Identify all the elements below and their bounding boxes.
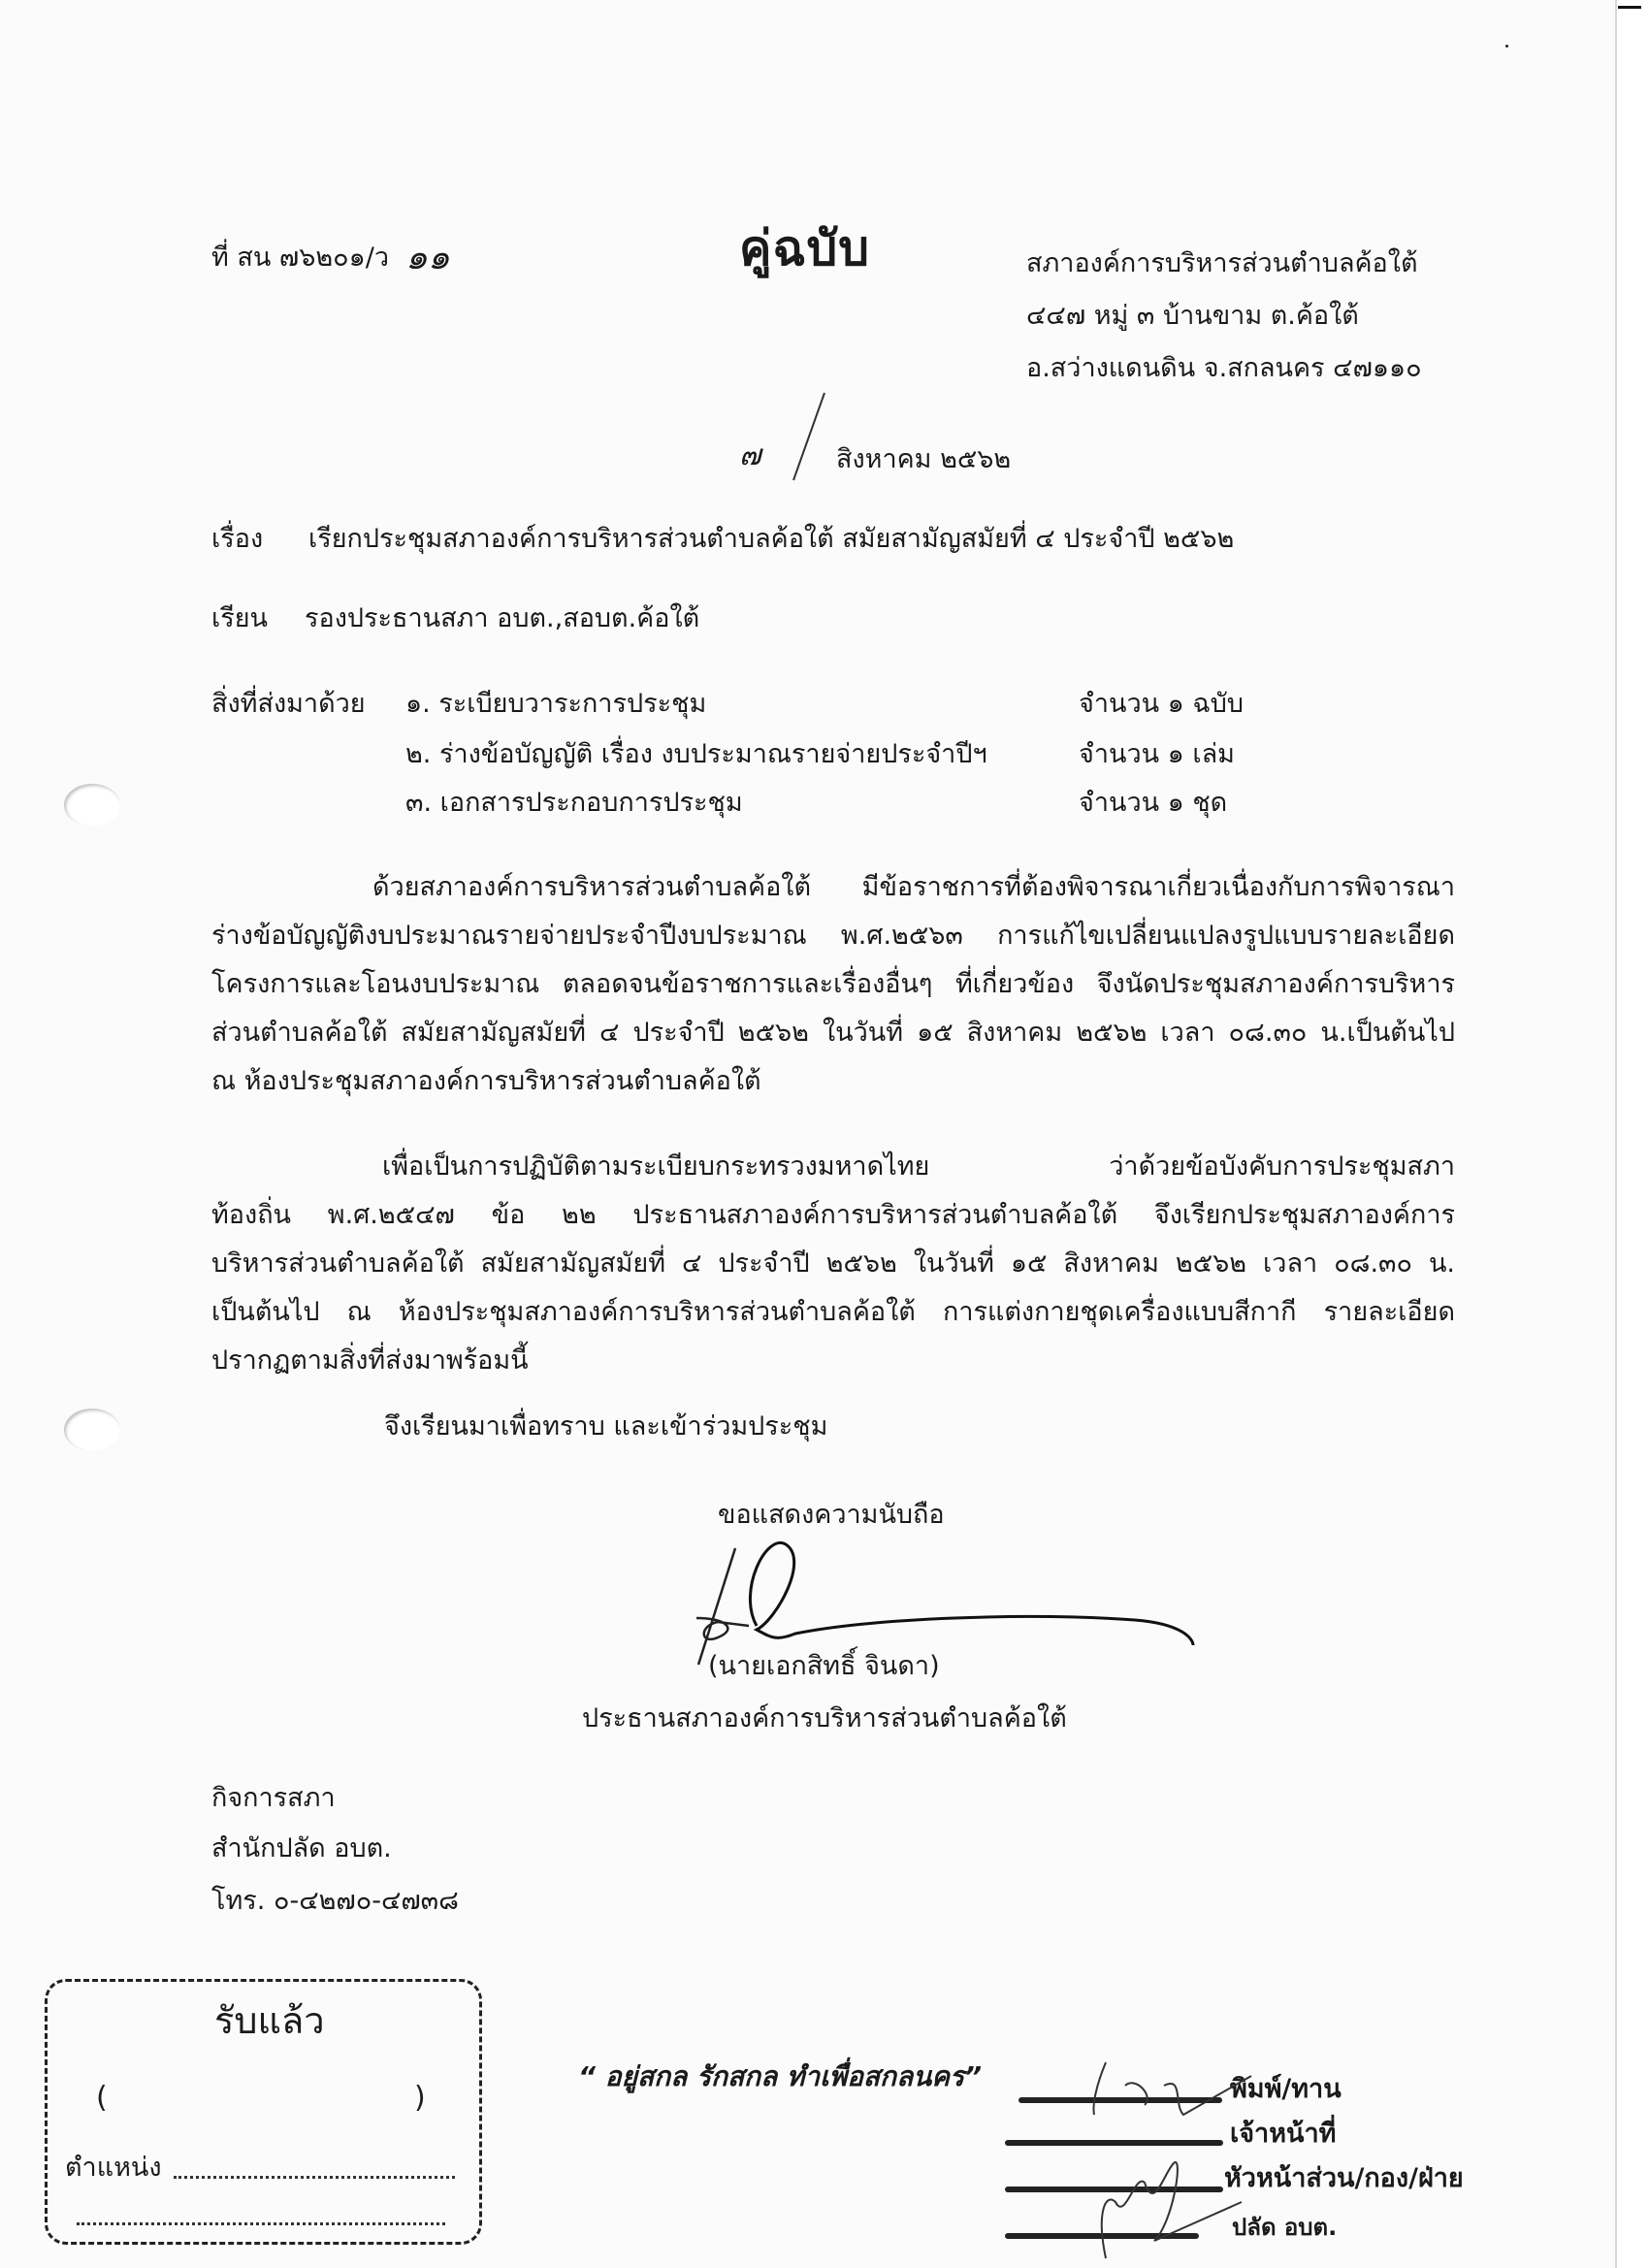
body-paragraph-1: ด้วยสภาองค์การบริหารส่วนตำบลค้อใต้ มีข้อ… [211,863,1455,1106]
paragraph-1-line: ณ ห้องประชุมสภาองค์การบริหารส่วนตำบลค้อใ… [211,1057,1455,1106]
enclosure-item-1: ๑. ระเบียบวาระการประชุม [405,689,706,720]
reference-number-handwritten: ๑๑ [405,237,450,278]
received-stamp-title: รับแล้ว [214,1999,325,2044]
received-stamp-position-label: ตำแหน่ง [65,2153,162,2184]
subject-text: เรียกประชุมสภาองค์การบริหารส่วนตำบลค้อใต… [308,524,1234,555]
reference-number: ที่ สน ๗๖๒๐๑/ว [211,243,389,274]
paragraph-2-line: เพื่อเป็นการปฏิบัติตามระเบียบกระทรวงมหาด… [211,1143,1455,1191]
paragraph-1-line: โครงการและโอนงบประมาณ ตลอดจนข้อราชการและ… [211,960,1455,1009]
initials-signature [1067,2057,1280,2260]
contact-phone: โทร. ๐-๔๒๗๐-๔๗๓๘ [211,1886,459,1917]
received-stamp: รับแล้ว ( ) ตำแหน่ง [45,1979,482,2245]
punch-hole-bottom [64,1409,120,1451]
date-month-year: สิงหาคม ๒๕๖๒ [836,444,1011,475]
enclosure-item-1-quantity: จำนวน ๑ ฉบับ [1079,689,1244,720]
sender-address-line-2: ๔๔๗ หมู่ ๓ บ้านขาม ต.ค้อใต้ [1026,301,1359,332]
body-paragraph-2: เพื่อเป็นการปฏิบัติตามระเบียบกระทรวงมหาด… [211,1143,1455,1385]
salutation: ขอแสดงความนับถือ [718,1500,945,1531]
received-stamp-open-paren: ( [96,2081,108,2116]
paragraph-2-line: ปรากฏตามสิ่งที่ส่งมาพร้อมนี้ [211,1337,1455,1385]
recipient-label: เรียน [211,603,268,634]
signer-title: ประธานสภาองค์การบริหารส่วนตำบลค้อใต้ [582,1703,1067,1734]
recipient-text: รองประธานสภา อบต.,สอบต.ค้อใต้ [305,603,699,634]
scan-edge-mark [1618,6,1641,9]
enclosure-item-2-quantity: จำนวน ๑ เล่ม [1079,739,1235,770]
enclosure-item-3: ๓. เอกสารประกอบการประชุม [405,788,743,819]
signer-name: (นายเอกสิทธิ์ จินดา) [708,1651,940,1682]
sender-address-line-1: สภาองค์การบริหารส่วนตำบลค้อใต้ [1026,248,1417,279]
paragraph-2-line: เป็นต้นไป ณ ห้องประชุมสภาองค์การบริหารส่… [211,1288,1455,1337]
copy-stamp: คู่ฉบับ [739,219,870,277]
slogan: “ อยู่สกล รักสกล ทำเพื่อสกลนคร” [578,2060,982,2093]
scanned-letter-page: ที่ สน ๗๖๒๐๑/ว ๑๑ คู่ฉบับ สภาองค์การบริห… [0,0,1617,2268]
enclosures-label: สิ่งที่ส่งมาด้วย [211,689,366,720]
paragraph-1-line: ส่วนตำบลค้อใต้ สมัยสามัญสมัยที่ ๔ ประจำป… [211,1009,1455,1057]
paragraph-1-line: ด้วยสภาองค์การบริหารส่วนตำบลค้อใต้ มีข้อ… [211,863,1455,912]
enclosure-item-2: ๒. ร่างข้อบัญญัติ เรื่อง งบประมาณรายจ่าย… [405,739,987,770]
scan-speck [1505,45,1508,48]
received-stamp-close-paren: ) [414,2081,426,2116]
date-day-handwritten: ๗ [739,438,761,473]
handwritten-stroke [766,388,834,485]
subject-label: เรื่อง [211,524,263,555]
sender-address-line-3: อ.สว่างแดนดิน จ.สกลนคร ๔๗๑๑๐ [1026,353,1422,384]
paragraph-2-line: บริหารส่วนตำบลค้อใต้ สมัยสามัญสมัยที่ ๔ … [211,1240,1455,1288]
punch-hole-top [64,784,120,826]
paragraph-2-line: ท้องถิ่น พ.ศ.๒๕๔๗ ข้อ ๒๒ ประธานสภาองค์กา… [211,1191,1455,1240]
position-dotted-line [174,2176,455,2179]
closing-line: จึงเรียนมาเพื่อทราบ และเข้าร่วมประชุม [384,1411,827,1442]
contact-office: สำนักปลัด อบต. [211,1833,392,1864]
enclosure-item-3-quantity: จำนวน ๑ ชุด [1079,788,1227,819]
paragraph-1-line: ร่างข้อบัญญัติงบประมาณรายจ่ายประจำปีงบปร… [211,912,1455,960]
date-dotted-line [77,2222,445,2225]
contact-department: กิจการสภา [211,1783,336,1814]
signature [679,1533,1222,1669]
